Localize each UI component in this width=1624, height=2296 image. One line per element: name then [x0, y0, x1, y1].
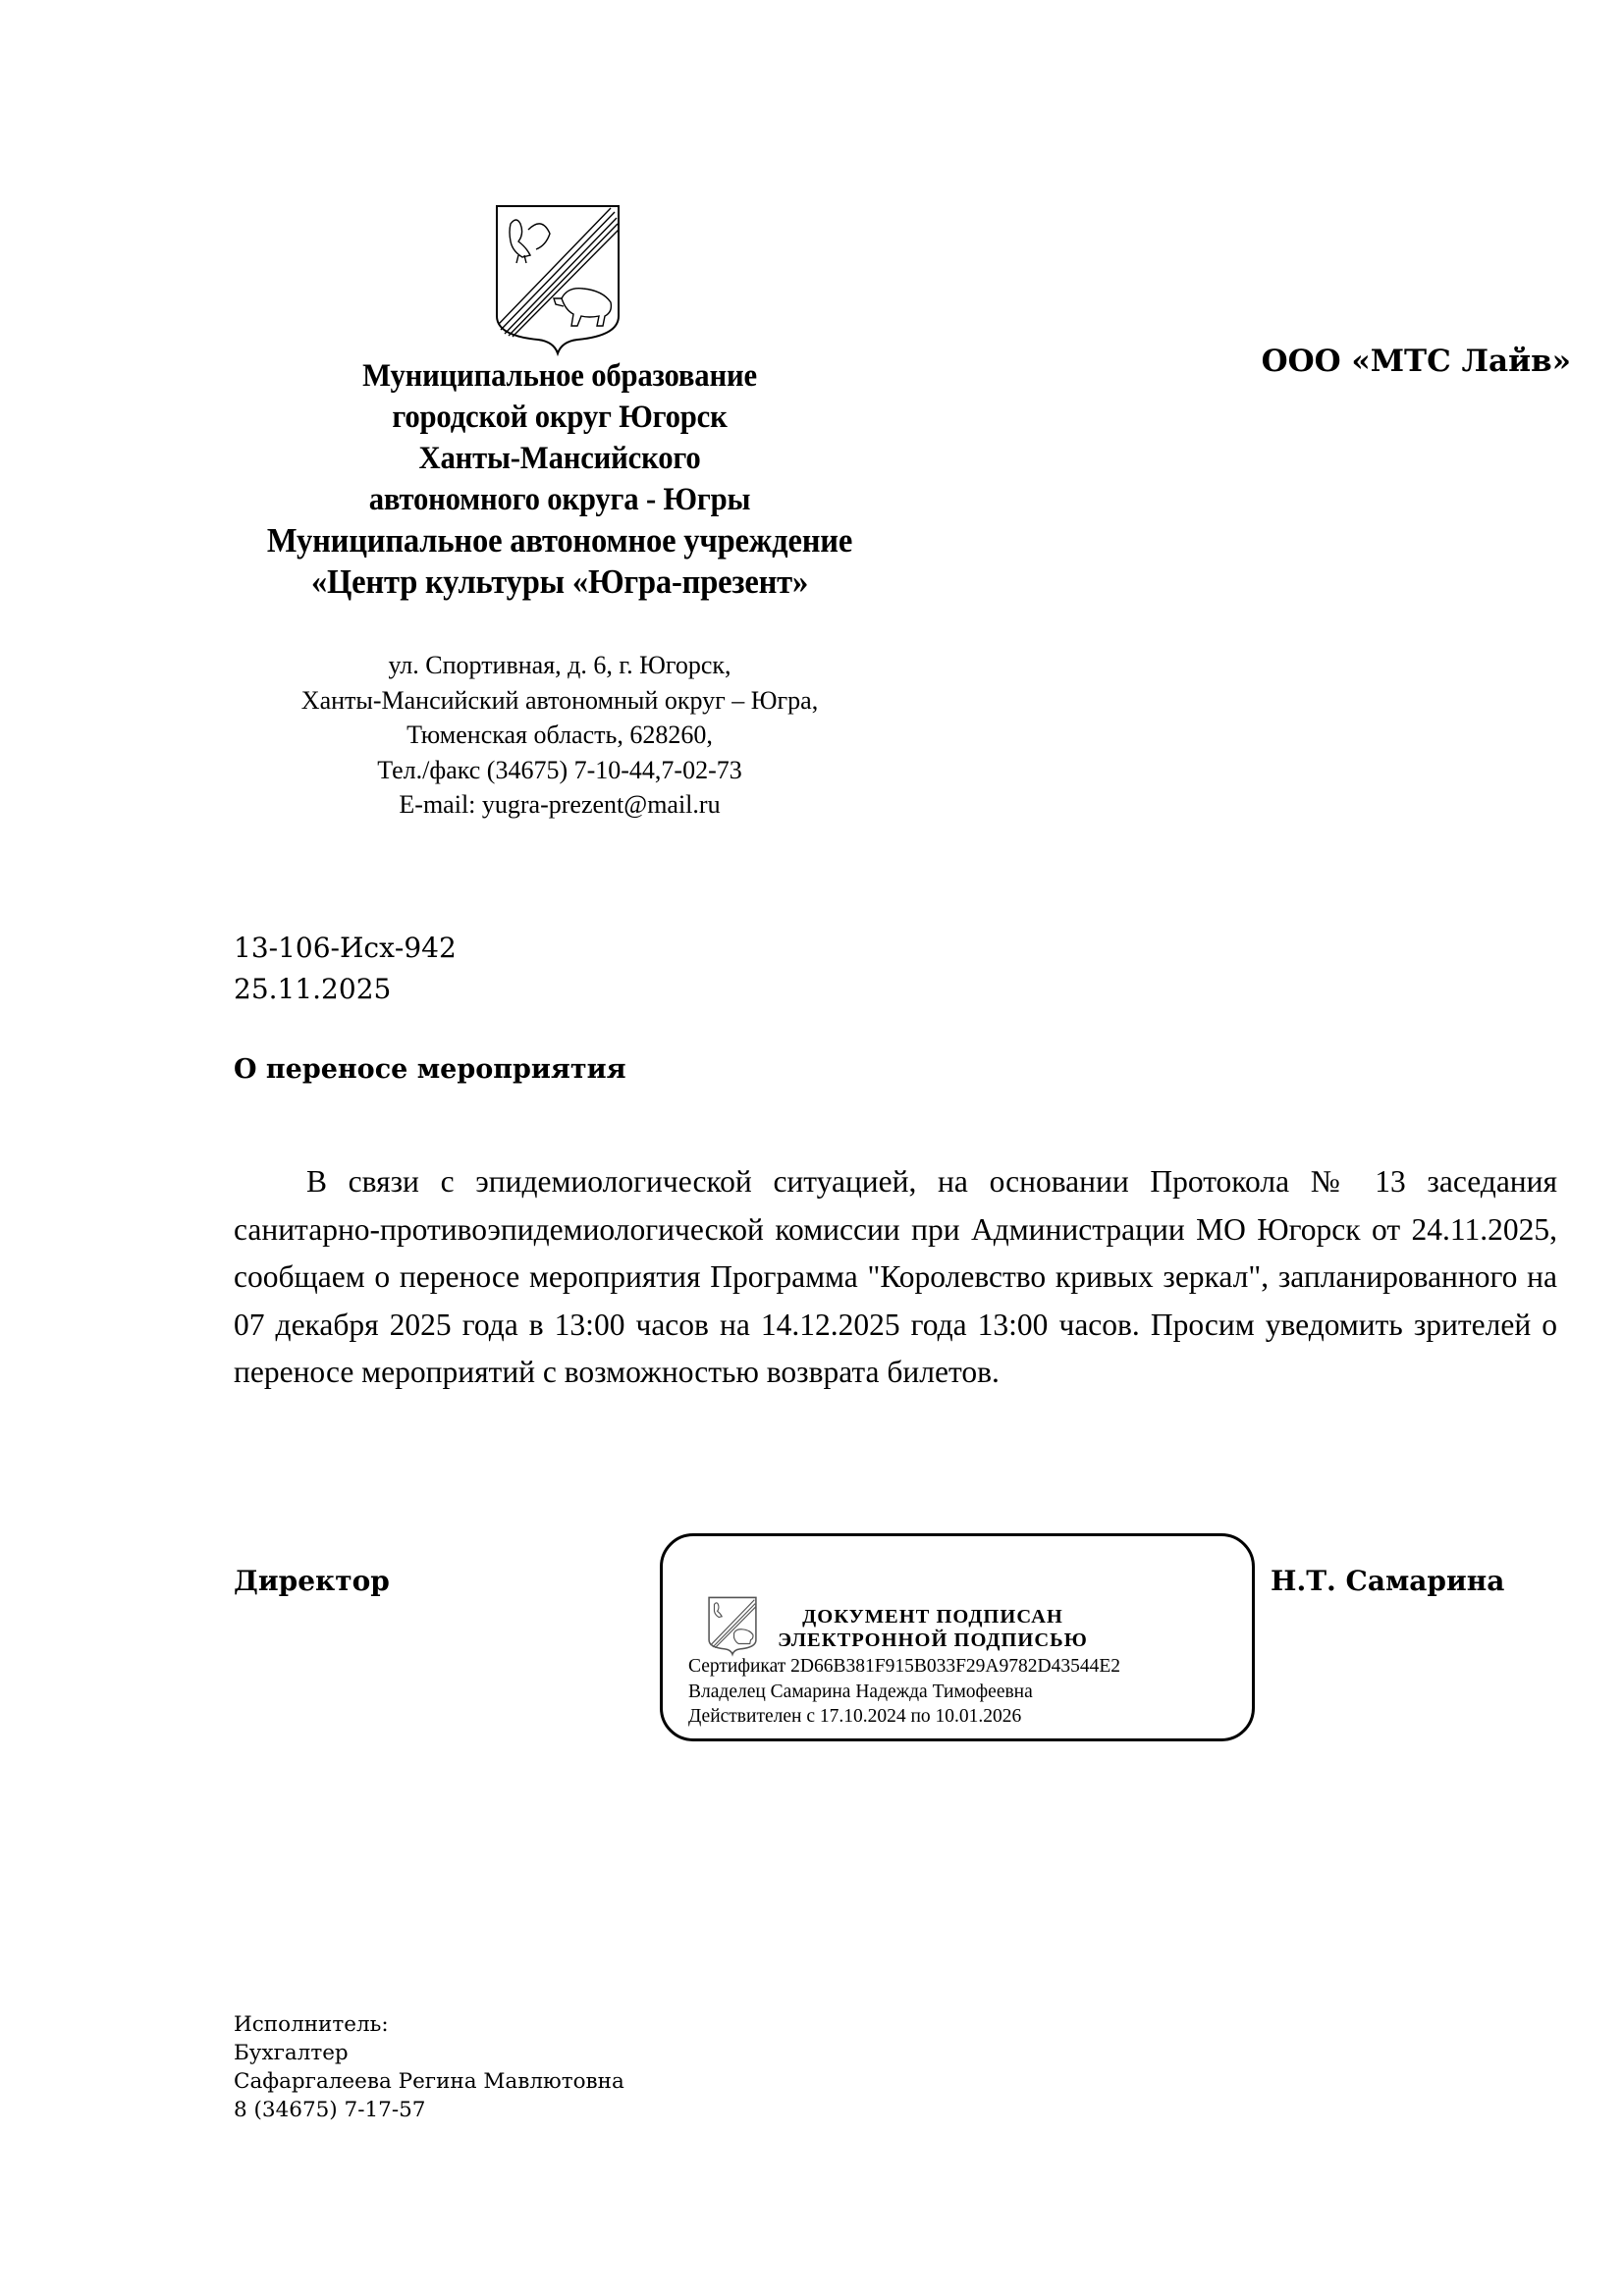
address-line: E-mail: yugra-prezent@mail.ru [187, 787, 933, 823]
address-line: Ханты-Мансийский автономный округ – Югра… [187, 683, 933, 719]
coat-of-arms-icon [706, 1593, 759, 1658]
executor-block: Исполнитель: Бухгалтер Сафаргалеева Реги… [234, 2010, 624, 2124]
address-line: ул. Спортивная, д. 6, г. Югорск, [187, 648, 933, 683]
executor-label: Исполнитель: [234, 2010, 624, 2039]
org-line: «Центр культуры «Югра-презент» [213, 561, 907, 603]
org-line: автономного округа - Югры [213, 479, 907, 520]
stamp-title: ДОКУМЕНТ ПОДПИСАН ЭЛЕКТРОННОЙ ПОДПИСЬЮ [771, 1605, 1095, 1652]
reference-number: 13-106-Исх-942 [234, 928, 457, 969]
stamp-title-line: ЭЛЕКТРОННОЙ ПОДПИСЬЮ [771, 1629, 1095, 1652]
stamp-title-line: ДОКУМЕНТ ПОДПИСАН [771, 1605, 1095, 1629]
executor-phone: 8 (34675) 7-17-57 [234, 2096, 624, 2124]
coat-of-arms-icon [489, 200, 626, 357]
reference-block: 13-106-Исх-942 25.11.2025 [234, 928, 457, 1010]
body-text: В связи с эпидемиологической ситуацией, … [234, 1158, 1557, 1397]
recipient: ООО «МТС Лайв» [1218, 344, 1571, 379]
address-line: Тюменская область, 628260, [187, 718, 933, 753]
organization-name: Муниципальное образование городской окру… [213, 355, 907, 603]
stamp-details: Сертификат 2D66B381F915B033F29A9782D4354… [688, 1654, 1120, 1730]
organization-address: ул. Спортивная, д. 6, г. Югорск, Ханты-М… [187, 648, 933, 823]
certificate: Сертификат 2D66B381F915B033F29A9782D4354… [688, 1654, 1120, 1680]
org-line: Ханты-Мансийского [213, 438, 907, 479]
address-line: Тел./факс (34675) 7-10-44,7-02-73 [187, 753, 933, 788]
signer-position: Директор [234, 1565, 390, 1597]
org-line: Муниципальное автономное учреждение [213, 520, 907, 561]
validity: Действителен с 17.10.2024 по 10.01.2026 [688, 1704, 1120, 1730]
executor-role: Бухгалтер [234, 2039, 624, 2067]
org-line: городской округ Югорск [213, 397, 907, 438]
subject: О переносе мероприятия [234, 1054, 626, 1085]
signer-name: Н.Т. Самарина [1271, 1565, 1504, 1597]
executor-name: Сафаргалеева Регина Мавлютовна [234, 2067, 624, 2096]
reference-date: 25.11.2025 [234, 969, 457, 1010]
org-line: Муниципальное образование [213, 355, 907, 397]
electronic-signature-stamp: ДОКУМЕНТ ПОДПИСАН ЭЛЕКТРОННОЙ ПОДПИСЬЮ С… [660, 1533, 1255, 1741]
owner: Владелец Самарина Надежда Тимофеевна [688, 1680, 1120, 1705]
